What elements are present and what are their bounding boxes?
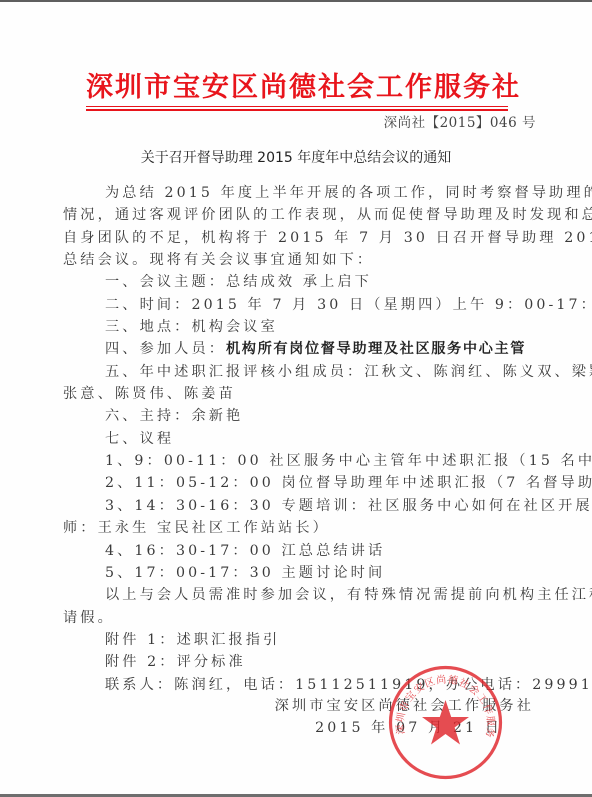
closing-note-cont: 请假。: [63, 607, 535, 629]
meeting-attendees: 四、参加人员：机构所有岗位督导助理及社区服务中心主管: [63, 338, 535, 360]
attachment-item: 附件 1：述职汇报指引: [63, 629, 535, 651]
signature-block: 深圳市宝安区尚德社会工作服务社 2015 年 07 月 21 日: [275, 695, 534, 740]
review-panel: 五、年中述职汇报评核小组成员：江秋文、陈润红、陈义双、梁颖、: [63, 361, 535, 383]
agenda-item: 3、14：30-16：30 专题培训：社区服务中心如何在社区开展服务（讲: [63, 495, 535, 517]
agenda-item: 4、16：30-17：00 江总总结讲话: [63, 540, 535, 562]
organization-letterhead: 深圳市宝安区尚德社会工作服务社: [86, 72, 508, 104]
intro-line: 总结会议。现将有关会议事宜通知如下：: [63, 249, 535, 271]
agenda-item: 1、9：00-11：00 社区服务中心主管年中述职汇报（15 名中心主管）: [63, 450, 535, 472]
document-body: 为总结 2015 年度上半年开展的各项工作，同时考察督导助理的工作 情况，通过客…: [63, 182, 535, 696]
contact-info: 联系人：陈润红，电话：15112511919，办公电话：29991170: [63, 674, 535, 696]
meeting-location: 三、地点：机构会议室: [63, 316, 535, 338]
signature-organization: 深圳市宝安区尚德社会工作服务社: [275, 695, 534, 717]
meeting-time: 二、时间：2015 年 7 月 30 日（星期四）上午 9：00-17：30: [63, 294, 535, 316]
intro-line: 自身团队的不足，机构将于 2015 年 7 月 30 日召开督导助理 2015 …: [63, 227, 535, 249]
closing-note: 以上与会人员需准时参加会议，有特殊情况需提前向机构主任江秋文: [63, 584, 535, 606]
attendees-label: 四、参加人员：: [105, 341, 226, 357]
meeting-host: 六、主持：余新艳: [63, 405, 535, 427]
document-title: 关于召开督导助理 2015 年度年中总结会议的通知: [0, 148, 592, 168]
agenda-item-cont: 师：王永生 宝民社区工作站站长）: [63, 517, 535, 539]
agenda-item: 2、11：05-12：00 岗位督导助理年中述职汇报（7 名督导助理）: [63, 472, 535, 494]
review-panel-cont: 张意、陈贤伟、陈姜苗: [63, 383, 535, 405]
agenda-item: 5、17：00-17：30 主题讨论时间: [63, 562, 535, 584]
meeting-theme: 一、会议主题：总结成效 承上启下: [63, 271, 535, 293]
letterhead-rule-thin: [86, 106, 508, 107]
letterhead-rule-thick: [86, 109, 508, 111]
page-top-edge: [0, 0, 592, 2]
intro-line: 情况，通过客观评价团队的工作表现，从而促使督导助理及时发现和总结: [63, 204, 535, 226]
agenda-label: 七、议程: [63, 428, 535, 450]
attendees-value: 机构所有岗位督导助理及社区服务中心主管: [226, 341, 526, 357]
signature-date: 2015 年 07 月 21 日: [275, 717, 534, 739]
document-number: 深尚社【2015】046 号: [384, 113, 536, 133]
attachment-item: 附件 2：评分标准: [63, 651, 535, 673]
intro-line: 为总结 2015 年度上半年开展的各项工作，同时考察督导助理的工作: [63, 182, 535, 204]
